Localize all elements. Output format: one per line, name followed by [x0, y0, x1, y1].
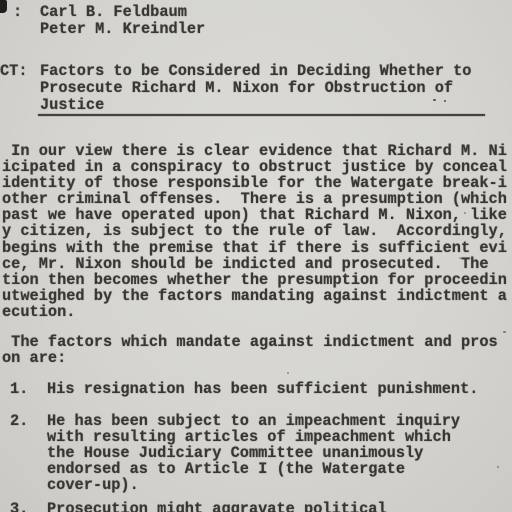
list-item-1: 1. His resignation has been sufficient p… — [10, 381, 478, 397]
recipient-line: Carl B. Feldbaum — [40, 4, 205, 21]
item-number: 1. — [10, 381, 47, 397]
body-line: y citizen, is subject to the rule of law… — [2, 223, 507, 239]
item-text: His resignation has been sufficient puni… — [47, 381, 478, 397]
item-line: Prosecution might aggravate political — [47, 501, 387, 512]
item-line: His resignation has been sufficient puni… — [47, 381, 478, 397]
body-line: tion then becomes whether the presumptio… — [2, 272, 507, 288]
body-line: utweighed by the factors mandating again… — [2, 288, 507, 304]
recipient-line: Peter M. Kreindler — [40, 21, 205, 38]
item-line: with resulting articles of impeachment w… — [47, 429, 460, 445]
body-line: ce, Mr. Nixon should be indicted and pro… — [2, 256, 507, 272]
subject-underline — [38, 114, 485, 116]
item-number: 2. — [10, 413, 47, 429]
to-label-fragment: : — [13, 4, 22, 21]
memo-page: : Carl B. Feldbaum Peter M. Kreindler CT… — [0, 0, 512, 512]
list-item-2: 2. He has been subject to an impeachment… — [10, 413, 460, 493]
item-text: He has been subject to an impeachment in… — [47, 413, 460, 493]
body-line: icipated in a conspiracy to obstruct jus… — [2, 159, 507, 175]
subject-line: Justice — [40, 97, 471, 114]
body-line: identity of those responsible for the Wa… — [2, 175, 507, 191]
paragraph-2: The factors which mandate against indict… — [2, 334, 498, 366]
item-number: 3. — [10, 501, 47, 512]
memo-content: : Carl B. Feldbaum Peter M. Kreindler CT… — [0, 0, 512, 512]
subject-block: Factors to be Considered in Deciding Whe… — [40, 63, 471, 113]
body-line: In our view there is clear evidence that… — [2, 143, 507, 159]
paragraph-1: In our view there is clear evidence that… — [2, 143, 507, 320]
item-line: He has been subject to an impeachment in… — [47, 413, 460, 429]
subject-label-fragment: CT: — [0, 63, 28, 80]
body-line: past we have operated upon) that Richard… — [2, 207, 507, 223]
body-line: The factors which mandate against indict… — [2, 334, 498, 350]
body-line: on are: — [2, 350, 498, 366]
subject-line: Factors to be Considered in Deciding Whe… — [40, 63, 471, 80]
subject-line: Prosecute Richard M. Nixon for Obstructi… — [40, 80, 471, 97]
item-line: endorsed as to Article I (the Watergate — [47, 461, 460, 477]
item-line: the House Judiciary Committee unanimousl… — [47, 445, 460, 461]
body-line: other criminal offenses. There is a pres… — [2, 191, 507, 207]
item-text: Prosecution might aggravate political — [47, 501, 387, 512]
body-line: ecution. — [2, 304, 507, 320]
recipient-block: Carl B. Feldbaum Peter M. Kreindler — [40, 4, 205, 38]
item-line: cover-up). — [47, 477, 460, 493]
body-line: begins with the premise that if there is… — [2, 240, 507, 256]
list-item-3: 3. Prosecution might aggravate political — [10, 501, 387, 512]
